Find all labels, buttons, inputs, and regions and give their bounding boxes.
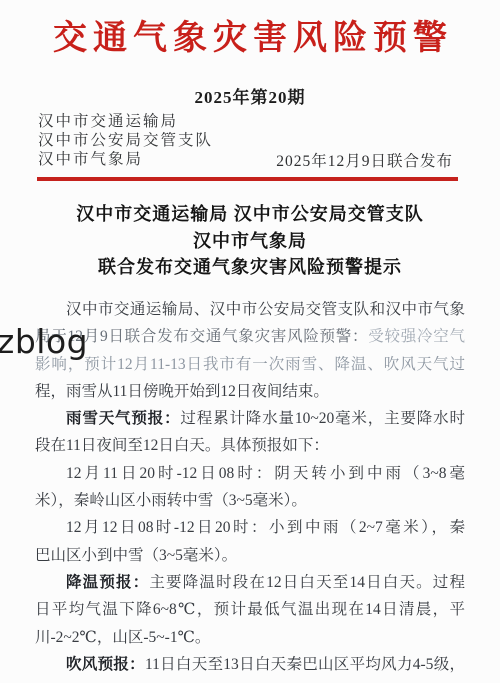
- document-title: 交通气象灾害风险预警: [0, 10, 500, 59]
- agency-list: 汉中市交通运输局 汉中市公安局交管支队 汉中市气象局: [38, 112, 213, 169]
- body-line: 12月12日08时-12日20时：小到中雨（2~7毫米），秦: [35, 514, 465, 541]
- text-segment: 米），秦岭山区小雨转中雪（3~5毫米）。: [35, 492, 307, 509]
- body-line: 川-2~2℃，山区-5~-1℃。: [35, 624, 465, 651]
- text-segment: 日平均气温下降6~8℃，预计最低气温出现在14日清晨，平: [35, 601, 465, 618]
- body-line: 巴山区小到中雪（3~5毫米）。: [35, 542, 465, 569]
- section-label: 吹风预报：: [66, 656, 145, 673]
- agency-item: 汉中市气象局: [38, 150, 213, 169]
- text-segment-faded: 受较强冷空气: [368, 328, 465, 345]
- heading-line: 汉中市交通运输局 汉中市公安局交管支队: [0, 201, 500, 228]
- body-line: 雨雪天气预报：过程累计降水量10~20毫米，主要降水时: [35, 405, 465, 432]
- issue-number: 2025年第20期: [0, 83, 500, 108]
- watermark: zblog: [0, 325, 88, 358]
- body-line: 局于12月9日联合发布交通气象灾害风险预警：受较强冷空气: [35, 323, 465, 350]
- text-segment: 段在11日夜间至12日白天。具体预报如下：: [35, 437, 329, 454]
- body-line: 降温预报：主要降温时段在12日白天至14日白天。过程: [35, 569, 465, 596]
- body-line: 吹风预报：11日白天至13日白天秦巴山区平均风力4-5级，: [35, 651, 465, 678]
- joint-heading: 汉中市交通运输局 汉中市公安局交管支队 汉中市气象局 联合发布交通气象灾害风险预…: [0, 201, 500, 281]
- body-text: 汉中市交通运输局、汉中市公安局交管支队和汉中市气象 局于12月9日联合发布交通气…: [35, 296, 465, 678]
- text-segment: 巴山区小到中雪（3~5毫米）。: [35, 547, 237, 564]
- body-line: 汉中市交通运输局、汉中市公安局交管支队和汉中市气象: [35, 296, 465, 323]
- section-label: 降温预报：: [66, 574, 149, 591]
- body-line: 影响，预计12月11-13日我市有一次雨雪、降温、吹风天气过: [35, 351, 465, 378]
- section-label: 雨雪天气预报：: [66, 410, 180, 427]
- heading-line: 联合发布交通气象灾害风险预警提示: [0, 254, 500, 281]
- body-line: 程，雨雪从11日傍晚开始到12日夜间结束。: [35, 378, 465, 405]
- text-segment-faded: 影响，预计12月11-13日我市有一次雨雪、降温、吹风天气过: [35, 356, 465, 373]
- header-divider: [37, 177, 458, 181]
- body-line: 米），秦岭山区小雨转中雪（3~5毫米）。: [35, 487, 465, 514]
- body-line: 12月11日20时-12日08时：阴天转小到中雨（3~8毫: [35, 460, 465, 487]
- text-segment: 川-2~2℃，山区-5~-1℃。: [35, 629, 210, 646]
- text-segment: 12月12日08时-12日20时：小到中雨（2~7毫米），秦: [66, 519, 465, 536]
- text-segment: 过程累计降水量10~20毫米，主要降水时: [180, 410, 465, 427]
- agency-item: 汉中市交通运输局: [38, 112, 213, 131]
- text-segment: 主要降温时段在12日白天至14日白天。过程: [149, 574, 465, 591]
- text-segment: 11日白天至13日白天秦巴山区平均风力4-5级，: [145, 656, 465, 673]
- document-page: 交通气象灾害风险预警 2025年第20期 汉中市交通运输局 汉中市公安局交管支队…: [0, 0, 500, 683]
- release-date: 2025年12月9日联合发布: [276, 149, 453, 171]
- text-segment: 程，雨雪从11日傍晚开始到12日夜间结束。: [35, 383, 329, 400]
- heading-line: 汉中市气象局: [0, 228, 500, 255]
- body-line: 日平均气温下降6~8℃，预计最低气温出现在14日清晨，平: [35, 596, 465, 623]
- agency-item: 汉中市公安局交管支队: [38, 131, 213, 150]
- text-segment: 汉中市交通运输局、汉中市公安局交管支队和汉中市气象: [66, 301, 465, 318]
- text-segment: 12月11日20时-12日08时：阴天转小到中雨（3~8毫: [66, 465, 465, 482]
- body-line: 段在11日夜间至12日白天。具体预报如下：: [35, 432, 465, 459]
